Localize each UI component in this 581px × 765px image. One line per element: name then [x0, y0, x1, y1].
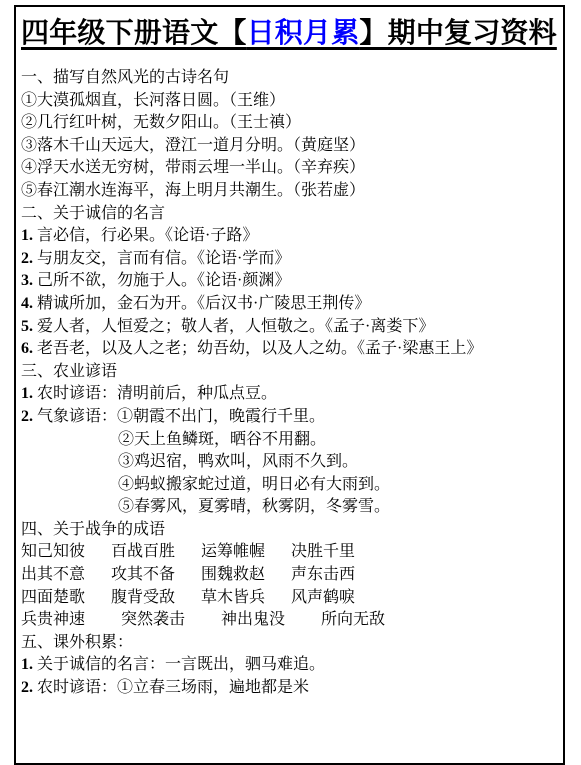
- text-line: 2. 与朋友交，言而有信。《论语·学而》: [21, 248, 559, 271]
- document-page: 四年级下册语文【日积月累】期中复习资料 一、描写自然风光的古诗名句①大漠孤烟直，…: [14, 5, 565, 696]
- line-text: 与朋友交，言而有信。《论语·学而》: [37, 250, 290, 267]
- list-number: 2.: [21, 408, 33, 425]
- text-line: 1. 言必信，行必果。《论语·子路》: [21, 225, 559, 248]
- text-line: 5. 爱人者，人恒爱之；敬人者，人恒敬之。《孟子·离娄下》: [21, 316, 559, 339]
- text-line: ④浮天水送无穷树，带雨云埋一半山。（辛弃疾）: [21, 157, 559, 180]
- idiom: 声东击西: [291, 564, 381, 587]
- text-line: 1. 农时谚语：清明前后，种瓜点豆。: [21, 383, 559, 406]
- idiom: 知己知彼: [21, 541, 111, 564]
- idiom: 攻其不备: [111, 564, 201, 587]
- idiom: 风声鹤唳: [291, 587, 381, 610]
- text-line: ④蚂蚁搬家蛇过道，明日必有大雨到。: [21, 474, 559, 497]
- line-text: 精诚所加，金石为开。《后汉书·广陵思王荆传》: [37, 295, 370, 312]
- idiom: 突然袭击: [121, 609, 221, 632]
- document-title: 四年级下册语文【日积月累】期中复习资料: [21, 15, 559, 53]
- line-text: 言必信，行必果。《论语·子路》: [37, 227, 258, 244]
- text-line: ③鸡迟宿，鸭欢叫，风雨不久到。: [21, 451, 559, 474]
- text-line: 4. 精诚所加，金石为开。《后汉书·广陵思王荆传》: [21, 293, 559, 316]
- idiom: 所向无敌: [321, 609, 421, 632]
- idiom-row: 兵贵神速突然袭击神出鬼没所向无敌: [21, 609, 559, 632]
- text-line: 6. 老吾老，以及人之老；幼吾幼，以及人之幼。《孟子·梁惠王上》: [21, 338, 559, 361]
- list-number: 1.: [21, 656, 33, 673]
- list-number: 6.: [21, 340, 33, 357]
- text-line: 一、描写自然风光的古诗名句: [21, 67, 559, 90]
- list-number: 1.: [21, 227, 33, 244]
- idiom: 百战百胜: [111, 541, 201, 564]
- idiom-row: 四面楚歌腹背受敌草木皆兵风声鹤唳: [21, 587, 559, 610]
- list-number: 2.: [21, 679, 33, 696]
- list-number: 3.: [21, 272, 33, 289]
- idiom-row: 出其不意攻其不备围魏救赵声东击西: [21, 564, 559, 587]
- line-text: 己所不欲，勿施于人。《论语·颜渊》: [37, 272, 290, 289]
- idiom-row: 知己知彼百战百胜运筹帷幄决胜千里: [21, 541, 559, 564]
- title-prefix: 四年级下册语文【: [21, 18, 247, 49]
- line-text: 老吾老，以及人之老；幼吾幼，以及人之幼。《孟子·梁惠王上》: [37, 340, 482, 357]
- line-text: 农时谚语：①立春三场雨，遍地都是米: [37, 679, 309, 696]
- idiom: 兵贵神速: [21, 609, 121, 632]
- idiom: 围魏救赵: [201, 564, 291, 587]
- list-number: 1.: [21, 385, 33, 402]
- text-line: 2. 气象谚语：①朝霞不出门，晚霞行千里。: [21, 406, 559, 429]
- text-line: ⑤春雾风，夏雾晴，秋雾阴，冬雾雪。: [21, 496, 559, 519]
- text-line: 1. 关于诚信的名言：一言既出，驷马难追。: [21, 654, 559, 677]
- list-number: 5.: [21, 318, 33, 335]
- line-text: 关于诚信的名言：一言既出，驷马难追。: [37, 656, 325, 673]
- list-number: 2.: [21, 250, 33, 267]
- line-text: 农时谚语：清明前后，种瓜点豆。: [37, 385, 277, 402]
- text-line: ⑤春江潮水连海平，海上明月共潮生。（张若虚）: [21, 180, 559, 203]
- text-line: ②几行红叶树，无数夕阳山。（王士禛）: [21, 112, 559, 135]
- line-text: 气象谚语：①朝霞不出门，晚霞行千里。: [37, 408, 325, 425]
- idiom: 运筹帷幄: [201, 541, 291, 564]
- list-number: 4.: [21, 295, 33, 312]
- text-line: 三、农业谚语: [21, 361, 559, 384]
- title-highlight: 日积月累: [247, 18, 360, 49]
- idiom: 神出鬼没: [221, 609, 321, 632]
- idiom: 草木皆兵: [201, 587, 291, 610]
- text-line: ②天上鱼鳞斑，晒谷不用翻。: [21, 429, 559, 452]
- title-suffix: 】期中复习资料: [359, 18, 556, 49]
- document-body: 一、描写自然风光的古诗名句①大漠孤烟直，长河落日圆。（王维）②几行红叶树，无数夕…: [21, 67, 559, 696]
- text-line: ①大漠孤烟直，长河落日圆。（王维）: [21, 90, 559, 113]
- line-text: 爱人者，人恒爱之；敬人者，人恒敬之。《孟子·离娄下》: [37, 318, 434, 335]
- text-line: 3. 己所不欲，勿施于人。《论语·颜渊》: [21, 270, 559, 293]
- text-line: ③落木千山天远大，澄江一道月分明。（黄庭坚）: [21, 135, 559, 158]
- idiom: 出其不意: [21, 564, 111, 587]
- idiom: 腹背受敌: [111, 587, 201, 610]
- text-line: 四、关于战争的成语: [21, 519, 559, 542]
- text-line: 二、关于诚信的名言: [21, 203, 559, 226]
- text-line: 2. 农时谚语：①立春三场雨，遍地都是米: [21, 677, 559, 696]
- idiom: 决胜千里: [291, 541, 381, 564]
- text-line: 五、课外积累：: [21, 632, 559, 655]
- idiom: 四面楚歌: [21, 587, 111, 610]
